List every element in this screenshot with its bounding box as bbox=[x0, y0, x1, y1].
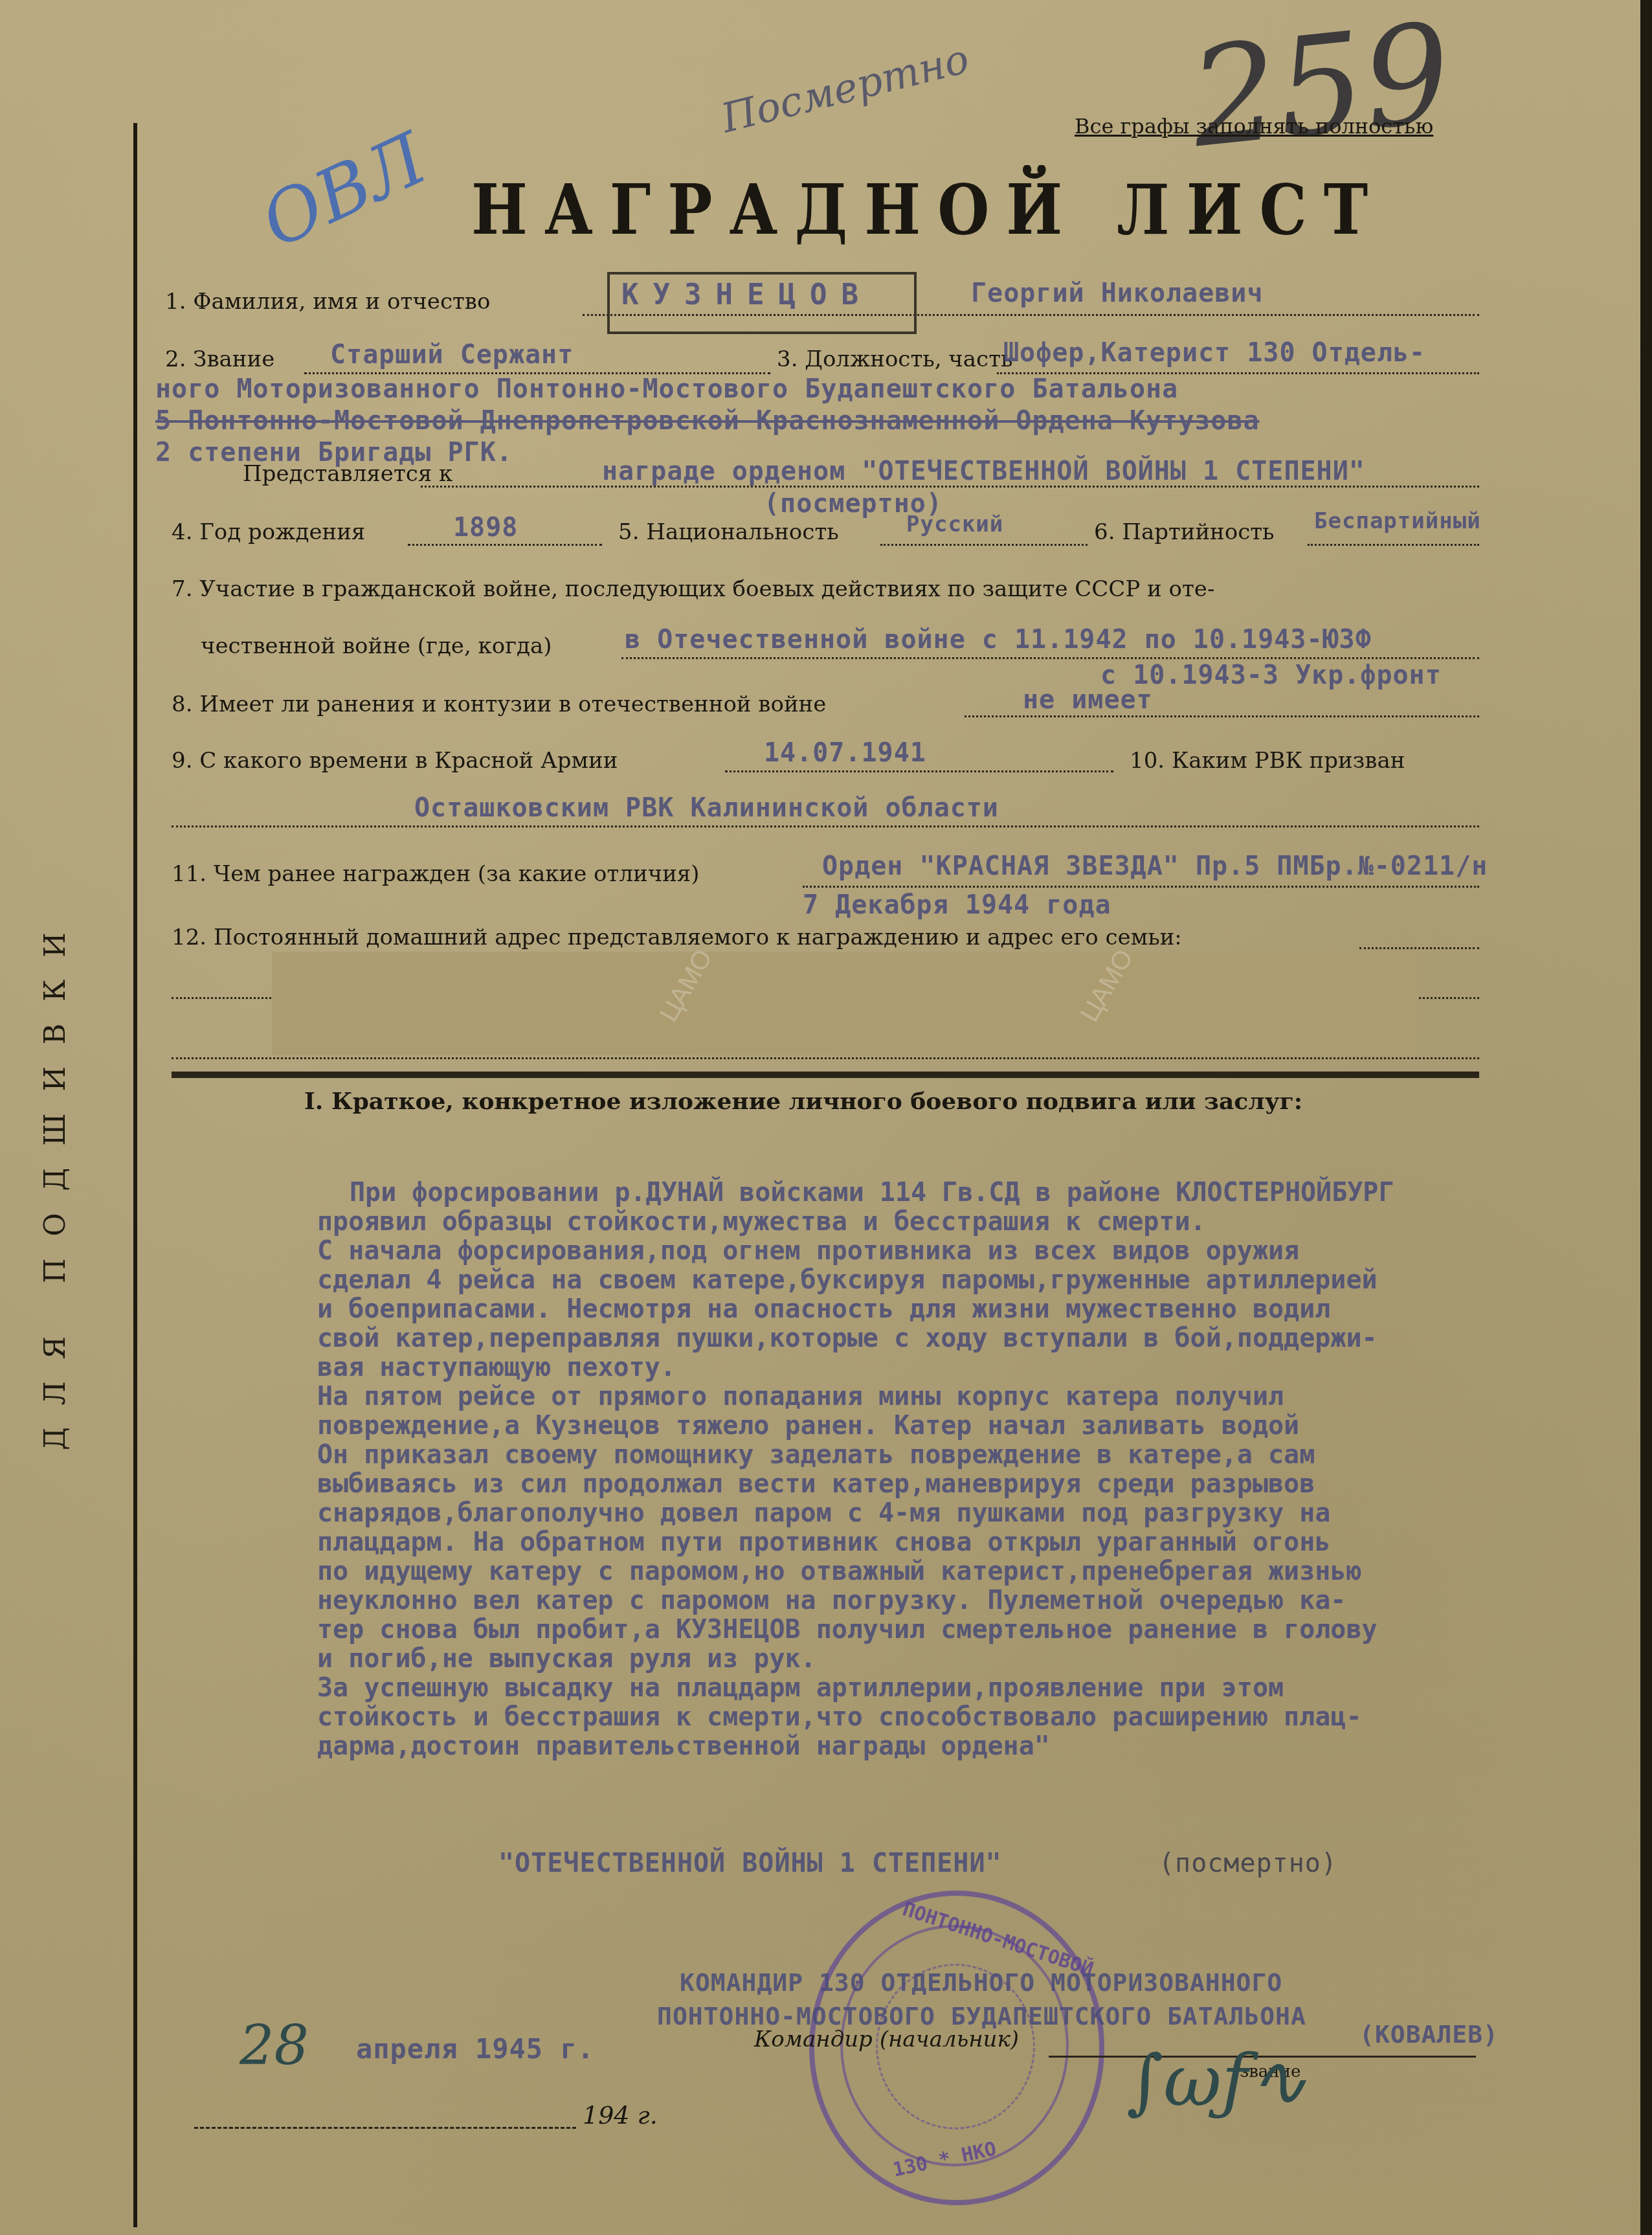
field-1-name: Георгий Николаевич bbox=[971, 278, 1263, 308]
narrative-line: и погиб,не выпуская руля из рук. bbox=[317, 1645, 1612, 1674]
field-11-line bbox=[803, 886, 1479, 888]
narrative-line: по идущему катеру с паромом,но отважный … bbox=[317, 1557, 1612, 1586]
handwritten-ovl: ОВЛ bbox=[249, 117, 438, 264]
award-note: (посмертно) bbox=[1159, 1848, 1337, 1878]
field-5-line bbox=[880, 544, 1088, 546]
handwritten-number: 259 bbox=[1183, 0, 1458, 178]
commander-label: Командир (начальник) bbox=[754, 2027, 1019, 2052]
section-1-heading: I. Краткое, конкретное изложение личного… bbox=[304, 1088, 1302, 1115]
commander-line-1: КОМАНДИР 130 ОТДЕЛЬНОГО МОТОРИЗОВАННОГО bbox=[680, 1968, 1282, 1997]
date-day: 28 bbox=[240, 2014, 309, 2077]
field-5-value: Русский bbox=[906, 511, 1003, 537]
document-title: НАГРАДНОЙ ЛИСТ bbox=[471, 170, 1385, 250]
narrative-line: повреждение,а Кузнецов тяжело ранен. Кат… bbox=[317, 1411, 1612, 1441]
field-3-value-3: 5 Понтонно-Мостовой Днепропетровской Кра… bbox=[155, 406, 1260, 436]
field-11-value-1: Орден "КРАСНАЯ ЗВЕЗДА" Пр.5 ПМБр.№-0211/… bbox=[822, 851, 1488, 881]
field-9-line bbox=[725, 770, 1113, 772]
narrative-line: вая наступающую пехоту. bbox=[317, 1353, 1612, 1382]
field-10-value: Осташковским РВК Калининской области bbox=[414, 793, 999, 823]
field-2-value: Старший Сержант bbox=[330, 340, 574, 370]
date-rest: апреля 1945 г. bbox=[356, 2033, 594, 2065]
narrative-line: За успешную высадку на плацдарм артиллер… bbox=[317, 1674, 1612, 1703]
narrative-line: снарядов,благополучно довел паром с 4-мя… bbox=[317, 1499, 1612, 1528]
field-10-label: 10. Каким РВК призван bbox=[1130, 748, 1405, 774]
field-3-label: 3. Должность, часть bbox=[777, 346, 1012, 372]
narrative-line: сделал 4 рейса на своем катере,буксируя … bbox=[317, 1266, 1612, 1295]
field-3-value-1: Шофер,Катерист 130 Отдель- bbox=[1003, 338, 1425, 368]
award-sheet-page: ДЛЯ ПОДШИВКИ ОВЛ Посмертно 259 Все графы… bbox=[0, 0, 1652, 2235]
field-7-value-1: в Отечественной войне с 11.1942 по 10.19… bbox=[625, 625, 1372, 655]
field-11-value-2: 7 Декабря 1944 года bbox=[803, 890, 1111, 920]
binding-margin-label: ДЛЯ ПОДШИВКИ bbox=[39, 910, 72, 1450]
field-11-label: 11. Чем ранее награжден (за какие отличи… bbox=[172, 861, 700, 887]
narrative-line: стойкость и бесстрашия к смерти,что спос… bbox=[317, 1703, 1612, 1732]
nomination-label: Представляется к bbox=[243, 461, 452, 487]
field-7-label-2: чественной войне (где, когда) bbox=[201, 633, 552, 659]
nomination-value: награде орденом "ОТЕЧЕСТВЕННОЙ ВОЙНЫ 1 С… bbox=[602, 456, 1365, 486]
narrative-line: Он приказал своему помощнику заделать по… bbox=[317, 1441, 1612, 1470]
redacted-address-block bbox=[272, 952, 1418, 1055]
narrative-line: тер снова был пробит,а КУЗНЕЦОВ получил … bbox=[317, 1615, 1612, 1645]
narrative-line: С начала форсирования,под огнем противни… bbox=[317, 1237, 1612, 1266]
narrative-line: При форсировании р.ДУНАЙ войсками 114 Гв… bbox=[317, 1178, 1612, 1207]
blank-date-suffix: 194 г. bbox=[583, 2101, 658, 2129]
binding-margin-line bbox=[133, 123, 137, 2227]
narrative-line: и боеприпасами. Несмотря на опасность дл… bbox=[317, 1295, 1612, 1324]
field-1-label: 1. Фамилия, имя и отчество bbox=[165, 289, 490, 315]
section-divider bbox=[172, 1072, 1479, 1078]
narrative-line: неуклонно вел катер с паромом на погрузк… bbox=[317, 1586, 1612, 1615]
narrative-line: На пятом рейсе от прямого попадания мины… bbox=[317, 1382, 1612, 1411]
field-7-label-1: 7. Участие в гражданской войне, последую… bbox=[172, 576, 1214, 602]
field-7-line bbox=[621, 657, 1479, 659]
narrative-line: плацдарм. На обратном пути противник сно… bbox=[317, 1528, 1612, 1557]
field-6-label: 6. Партийность bbox=[1094, 519, 1275, 545]
award-line: "ОТЕЧЕСТВЕННОЙ ВОЙНЫ 1 СТЕПЕНИ" bbox=[498, 1848, 1002, 1878]
field-9-label: 9. С какого времени в Красной Армии bbox=[172, 748, 618, 774]
field-10-line bbox=[172, 825, 1479, 827]
field-6-value: Беспартийный bbox=[1314, 508, 1481, 534]
commander-signature: ∫ωƒ∿ bbox=[1126, 2039, 1308, 2122]
field-4-label: 4. Год рождения bbox=[172, 519, 365, 545]
merit-narrative: При форсировании р.ДУНАЙ войсками 114 Гв… bbox=[317, 1178, 1612, 1761]
blank-date-line bbox=[194, 2127, 576, 2129]
field-12-line-3 bbox=[172, 1057, 1479, 1059]
field-5-label: 5. Национальность bbox=[618, 519, 839, 545]
field-3-value-2: ного Моторизованного Понтонно-Мостового … bbox=[155, 374, 1178, 404]
field-12-line bbox=[1359, 947, 1479, 949]
field-4-value: 1898 bbox=[453, 513, 518, 543]
handwritten-posthumously: Посмертно bbox=[717, 35, 974, 142]
commander-name: (КОВАЛЕВ) bbox=[1359, 2020, 1499, 2049]
narrative-line: выбиваясь из сил продолжал вести катер,м… bbox=[317, 1470, 1612, 1499]
narrative-line: дарма,достоин правительственной награды … bbox=[317, 1732, 1612, 1761]
field-6-line bbox=[1308, 544, 1479, 546]
field-4-line bbox=[408, 544, 602, 546]
field-8-label: 8. Имеет ли ранения и контузии в отечест… bbox=[172, 691, 826, 717]
field-1-surname: КУЗНЕЦОВ bbox=[621, 278, 873, 311]
narrative-line: свой катер,переправляя пушки,которые с х… bbox=[317, 1324, 1612, 1353]
field-9-value: 14.07.1941 bbox=[764, 738, 926, 768]
field-8-value: не имеет bbox=[1023, 685, 1153, 715]
field-2-label: 2. Звание bbox=[165, 346, 274, 372]
field-8-line bbox=[965, 715, 1479, 717]
narrative-line: проявил образцы стойкости,мужества и бес… bbox=[317, 1207, 1612, 1237]
fill-all-fields-note: Все графы заполнять полностью bbox=[1075, 114, 1433, 139]
field-12-label: 12. Постоянный домашний адрес представля… bbox=[172, 925, 1182, 950]
